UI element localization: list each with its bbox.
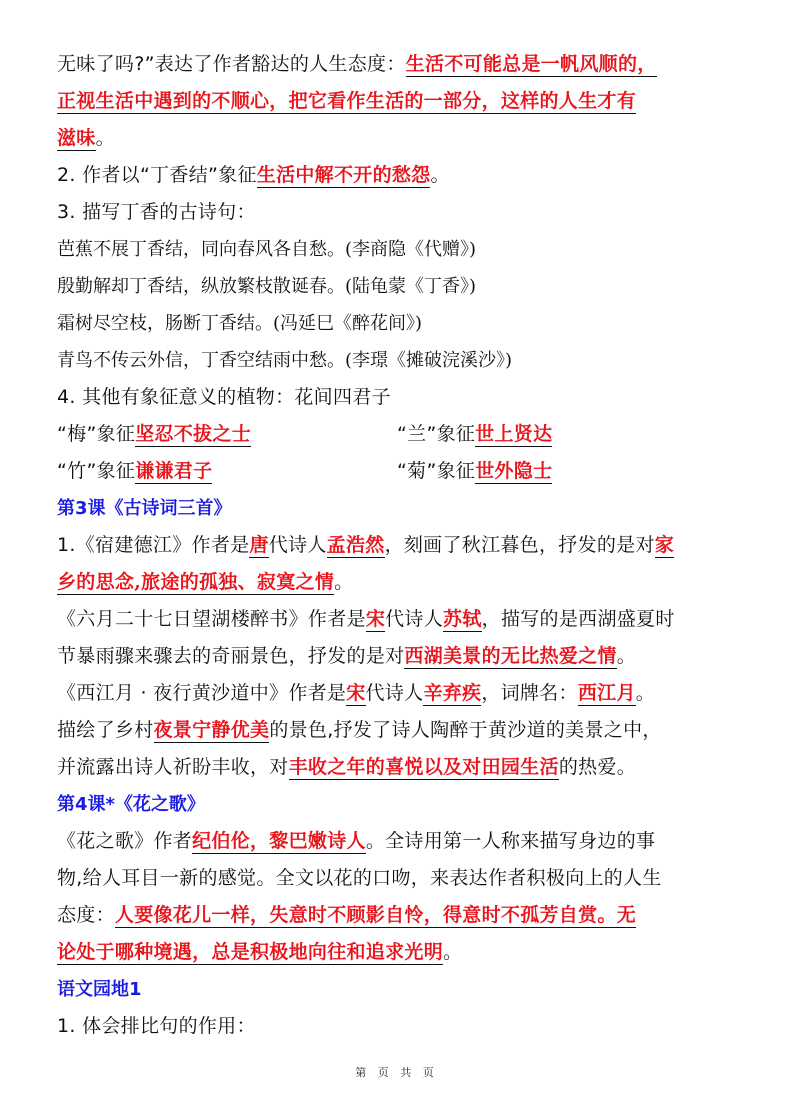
document-page: 无味了吗?”表达了作者豁达的人生态度：生活不可能总是一帆风顺的， 正视生活中遇到… (57, 46, 737, 1045)
answer-text: 孟浩然 (327, 534, 385, 558)
answer-text: 唐 (249, 534, 268, 558)
text-line: 态度：人要像花儿一样，失意时不顾影自怜，得意时不孤芳自赏。无 (57, 897, 737, 934)
text: “菊”象征 (397, 460, 475, 482)
text-line: 乡的思念,旅途的孤独、寂寞之情。 (57, 564, 737, 601)
text-line: 节暴雨骤来骤去的奇丽景色，抒发的是对西湖美景的无比热爱之情。 (57, 638, 737, 675)
answer-text: 西湖美景的无比热爱之情 (404, 645, 616, 669)
answer-text: 苏轼 (443, 608, 482, 632)
page-footer: 第 页 共 页 (0, 1064, 793, 1080)
text: 代诗人 (385, 608, 443, 630)
text: 《西江月 · 夜行黄沙道中》作者是 (57, 682, 346, 704)
text-line: 无味了吗?”表达了作者豁达的人生态度：生活不可能总是一帆风顺的， (57, 46, 737, 83)
text: 。 (636, 682, 655, 704)
lesson-4-heading: 第4课*《花之歌》 (57, 786, 737, 823)
answer-text: 辛弃疾 (423, 682, 481, 706)
text: “竹”象征 (57, 460, 135, 482)
plant-bamboo: “竹”象征谦谦君子 (57, 453, 397, 490)
poem-line: 芭蕉不展丁香结，同向春风各自愁。(李商隐《代赠》) (57, 231, 737, 268)
answer-text: 坚忍不拔之士 (135, 423, 251, 447)
text: 1.《宿建德江》作者是 (57, 534, 249, 556)
text: 。 (334, 571, 353, 593)
text: ，描写的是西湖盛夏时 (482, 608, 675, 630)
text: ，刻画了秋江暮色，抒发的是对 (385, 534, 655, 556)
text-line: 1.《宿建德江》作者是唐代诗人孟浩然，刻画了秋江暮色，抒发的是对家 (57, 527, 737, 564)
poem-line: 殷勤解却丁香结，纵放繁枝散诞春。(陆龟蒙《丁香》) (57, 268, 737, 305)
text: “梅”象征 (57, 423, 135, 445)
answer-text: 人要像花儿一样，失意时不顾影自怜，得意时不孤芳自赏。无 (115, 904, 636, 928)
list-item-4-title: 4. 其他有象征意义的植物：花间四君子 (57, 379, 737, 416)
text: 节暴雨骤来骤去的奇丽景色，抒发的是对 (57, 645, 404, 667)
lesson-3-heading: 第3课《古诗词三首》 (57, 490, 737, 527)
text: 。全诗用第一人称来描写身边的事 (366, 830, 656, 852)
plant-row: “竹”象征谦谦君子 “菊”象征世外隐士 (57, 453, 737, 490)
text-line: 《西江月 · 夜行黄沙道中》作者是宋代诗人辛弃疾，词牌名：西江月。 (57, 675, 737, 712)
answer-text: 夜景宁静优美 (154, 719, 270, 743)
text: 无味了吗?”表达了作者豁达的人生态度： (57, 53, 406, 75)
garden-heading: 语文园地1 (57, 971, 737, 1008)
text-line: 滋味。 (57, 120, 737, 157)
answer-text: 生活中解不开的愁怨 (257, 164, 431, 188)
answer-text: 丰收之年的喜悦以及对田园生活 (289, 756, 559, 780)
answer-text: 滋味 (57, 127, 96, 151)
text: 的热爱。 (559, 756, 636, 778)
text-line: 描绘了乡村夜景宁静优美的景色,抒发了诗人陶醉于黄沙道的美景之中， (57, 712, 737, 749)
list-item-3-title: 3. 描写丁香的古诗句： (57, 194, 737, 231)
text: 。 (617, 645, 636, 667)
answer-text: 世上贤达 (475, 423, 552, 447)
text: 。 (443, 941, 462, 963)
answer-text: 世外隐士 (475, 460, 552, 484)
answer-text: 正视生活中遇到的不顺心，把它看作生活的一部分，这样的人生才有 (57, 90, 636, 114)
text-line: 正视生活中遇到的不顺心，把它看作生活的一部分，这样的人生才有 (57, 83, 737, 120)
text-line: 《花之歌》作者纪伯伦，黎巴嫩诗人。全诗用第一人称来描写身边的事 (57, 823, 737, 860)
poem-line: 霜树尽空枝，肠断丁香结。(冯延巳《醉花间》) (57, 305, 737, 342)
text: 。 (96, 127, 115, 149)
text: 代诗人 (269, 534, 327, 556)
text: 《花之歌》作者 (57, 830, 192, 852)
answer-text: 宋 (366, 608, 385, 632)
answer-text: 乡的思念,旅途的孤独、寂寞之情 (57, 571, 334, 595)
answer-text: 生活不可能总是一帆风顺的， (406, 53, 657, 77)
text: 的景色,抒发了诗人陶醉于黄沙道的美景之中， (269, 719, 661, 741)
text-line: 并流露出诗人祈盼丰收，对丰收之年的喜悦以及对田园生活的热爱。 (57, 749, 737, 786)
text: ，词牌名： (481, 682, 578, 704)
text: 态度： (57, 904, 115, 926)
text-line: 1. 体会排比句的作用： (57, 1008, 737, 1045)
plant-orchid: “兰”象征世上贤达 (397, 416, 737, 453)
text-line: 《六月二十七日望湖楼醉书》作者是宋代诗人苏轼，描写的是西湖盛夏时 (57, 601, 737, 638)
text: 描绘了乡村 (57, 719, 154, 741)
text: 2. 作者以“丁香结”象征 (57, 164, 257, 186)
text: 代诗人 (366, 682, 424, 704)
answer-text: 纪伯伦，黎巴嫩诗人 (192, 830, 366, 854)
answer-text: 西江月 (578, 682, 636, 706)
poem-line: 青鸟不传云外信，丁香空结雨中愁。(李璟《摊破浣溪沙》) (57, 342, 737, 379)
answer-text: 家 (655, 534, 674, 558)
text-line: 物,给人耳目一新的感觉。全文以花的口吻，来表达作者积极向上的人生 (57, 860, 737, 897)
text: 并流露出诗人祈盼丰收，对 (57, 756, 289, 778)
plant-row: “梅”象征坚忍不拔之士 “兰”象征世上贤达 (57, 416, 737, 453)
answer-text: 谦谦君子 (135, 460, 212, 484)
text: 《六月二十七日望湖楼醉书》作者是 (57, 608, 366, 630)
text: “兰”象征 (397, 423, 475, 445)
plant-plum: “梅”象征坚忍不拔之士 (57, 416, 397, 453)
answer-text: 论处于哪种境遇，总是积极地向往和追求光明 (57, 941, 443, 965)
text-line: 论处于哪种境遇，总是积极地向往和追求光明。 (57, 934, 737, 971)
plant-chrysanthemum: “菊”象征世外隐士 (397, 453, 737, 490)
text: 。 (430, 164, 449, 186)
list-item-2: 2. 作者以“丁香结”象征生活中解不开的愁怨。 (57, 157, 737, 194)
answer-text: 宋 (346, 682, 365, 706)
